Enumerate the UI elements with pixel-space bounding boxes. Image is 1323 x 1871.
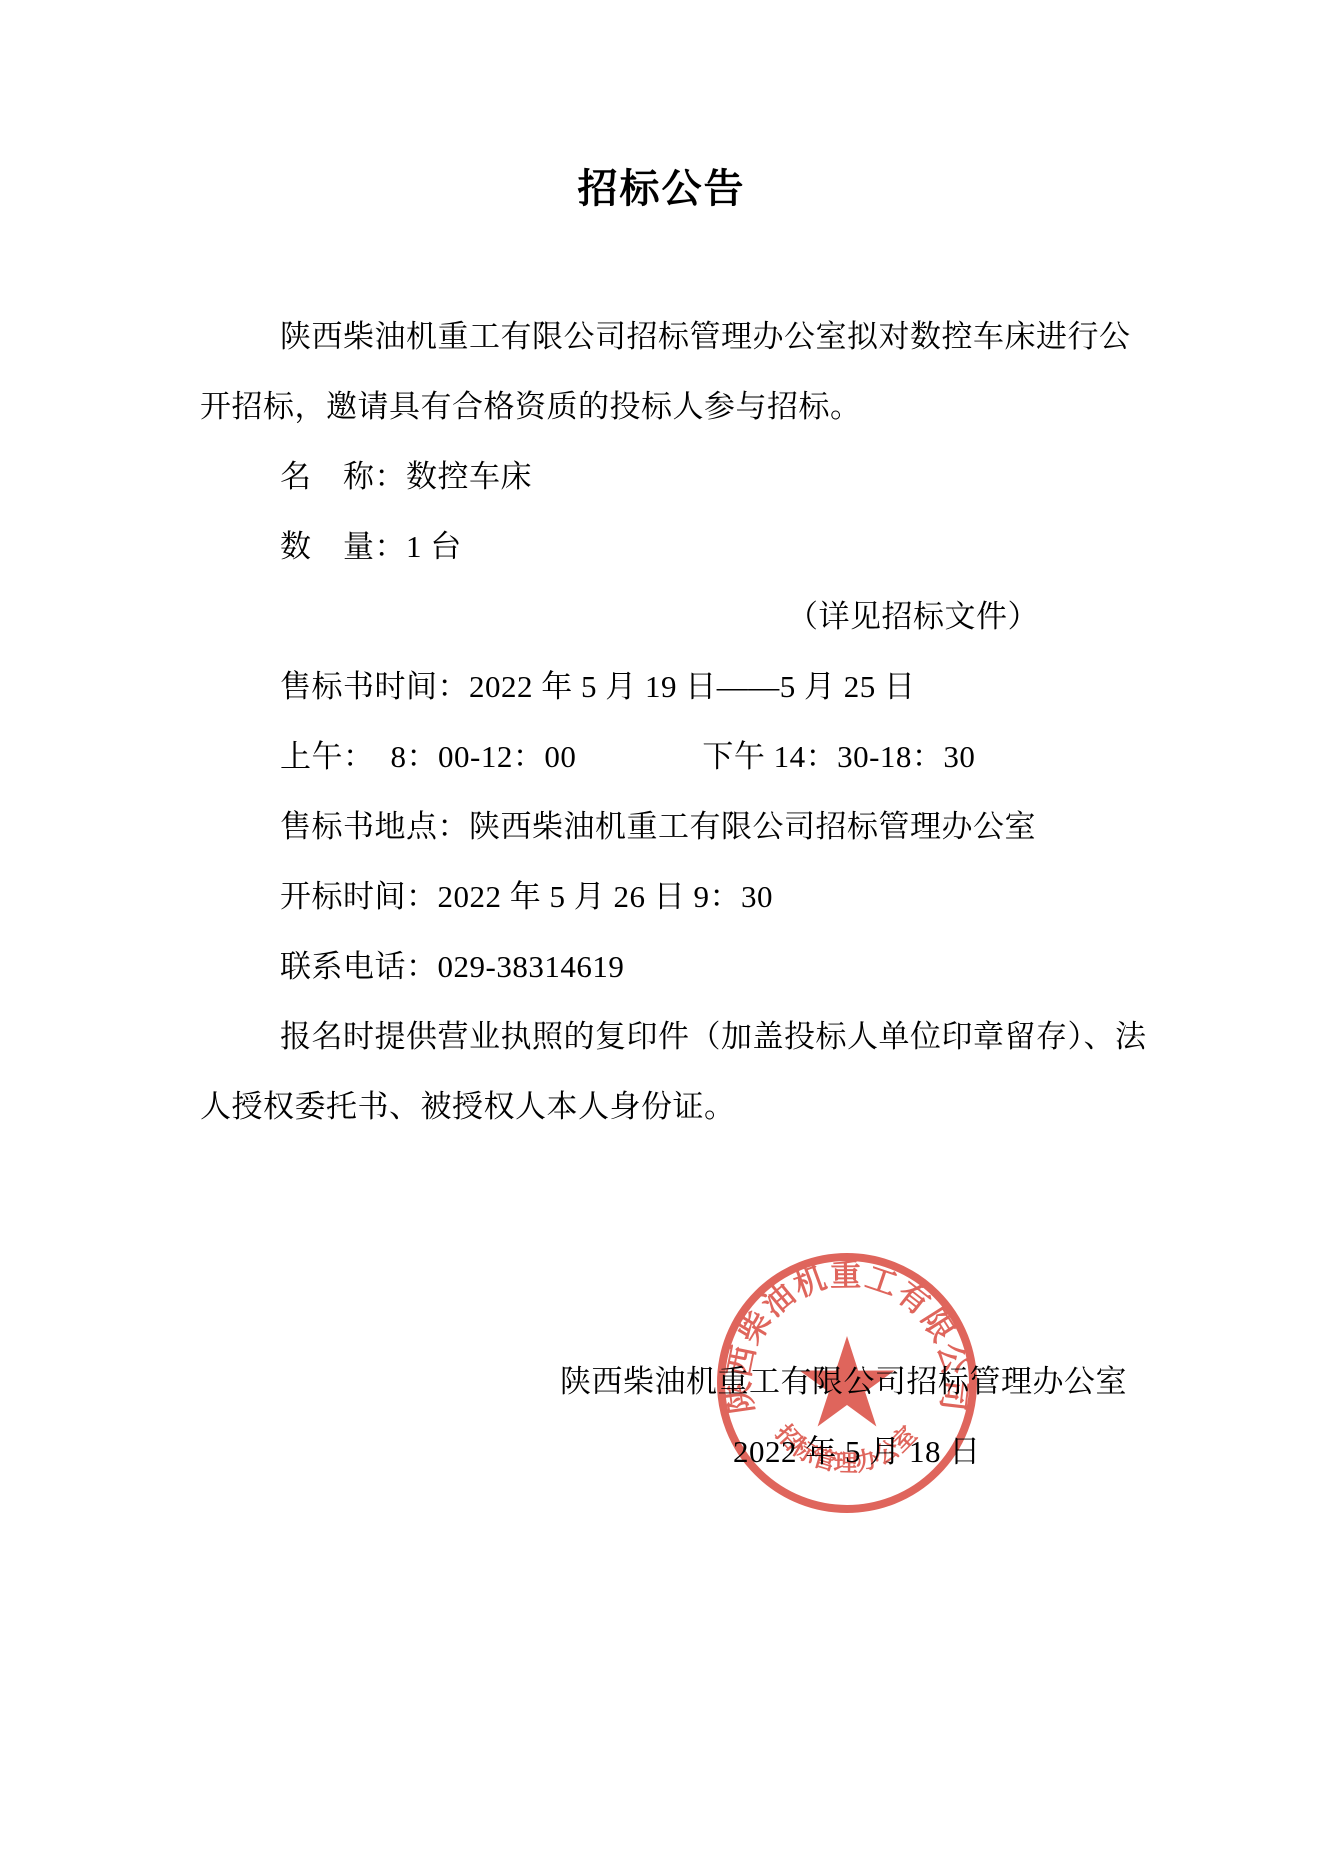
star-icon	[799, 1336, 894, 1427]
detail-note-line: （详见招标文件）	[200, 582, 1323, 652]
register-line-1: 报名时提供营业执照的复印件（加盖投标人单位印章留存）、法	[200, 1002, 1323, 1072]
item-quantity-line: 数 量：1 台	[200, 512, 1323, 582]
sale-place-line: 售标书地点：陕西柴油机重工有限公司招标管理办公室	[200, 792, 1323, 862]
phone-line: 联系电话：029-38314619	[200, 932, 1323, 1002]
item-name-line: 名 称：数控车床	[200, 442, 1323, 512]
paragraph-intro-line-1: 陕西柴油机重工有限公司招标管理办公室拟对数控车床进行公	[200, 302, 1323, 372]
document-body: 陕西柴油机重工有限公司招标管理办公室拟对数控车床进行公 开招标，邀请具有合格资质…	[0, 302, 1323, 1142]
signature-block: 陕西柴油机重工有限公司招标管理办公室 2022 年 5 月 18 日	[0, 1347, 1323, 1487]
open-time-line: 开标时间：2022 年 5 月 26 日 9：30	[200, 862, 1323, 932]
register-line-2: 人授权委托书、被授权人本人身份证。	[200, 1072, 1323, 1142]
company-stamp: 陕西柴油机重工有限公司 招标管理办公室	[702, 1238, 992, 1528]
sale-hours-line: 上午： 8：00-12：00 下午 14：30-18：30	[200, 722, 1323, 792]
stamp-bottom-text: 招标管理办公室	[770, 1419, 922, 1477]
paragraph-intro-line-2: 开招标，邀请具有合格资质的投标人参与招标。	[200, 372, 1323, 442]
sale-time-line: 售标书时间：2022 年 5 月 19 日——5 月 25 日	[200, 652, 1323, 722]
document-title: 招标公告	[0, 0, 1323, 212]
document-page: 招标公告 陕西柴油机重工有限公司招标管理办公室拟对数控车床进行公 开招标，邀请具…	[0, 0, 1323, 1871]
